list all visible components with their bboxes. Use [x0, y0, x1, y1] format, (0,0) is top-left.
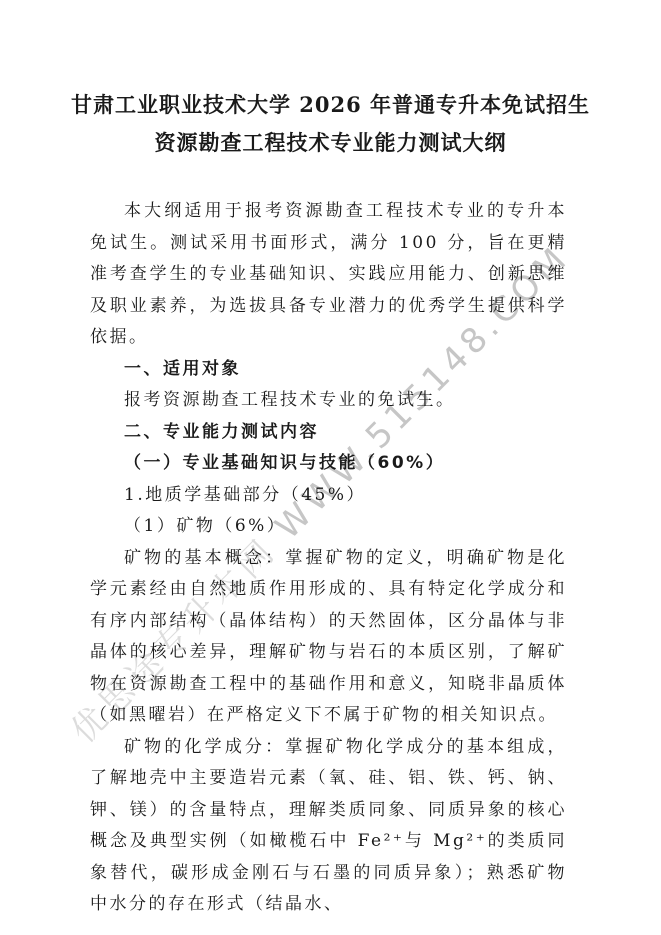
paragraph-mineral-concept: 矿物的基本概念：掌握矿物的定义，明确矿物是化学元素经由自然地质作用形成的、具有特… — [90, 543, 567, 732]
section-heading-test-content: 二、专业能力测试内容 — [90, 417, 567, 449]
document-page: 优思途专升本网 WWW.515148.COM 甘肃工业职业技术大学 2026 年… — [0, 0, 661, 935]
document-body: 本大纲适用于报考资源勘查工程技术专业的专升本免试生。测试采用书面形式，满分 10… — [90, 196, 567, 921]
paragraph-mineral-chemistry: 矿物的化学成分：掌握矿物化学成分的基本组成，了解地壳中主要造岩元素（氧、硅、铝、… — [90, 732, 567, 921]
item-geology-basics: 1.地质学基础部分（45%） — [90, 480, 567, 512]
applicable-targets-text: 报考资源勘查工程技术专业的免试生。 — [90, 385, 567, 417]
title-line-1: 甘肃工业职业技术大学 2026 年普通专升本免试招生 — [40, 86, 621, 124]
title-line-2: 资源勘查工程技术专业能力测试大纲 — [40, 124, 621, 162]
document-title: 甘肃工业职业技术大学 2026 年普通专升本免试招生 资源勘查工程技术专业能力测… — [40, 86, 621, 162]
intro-paragraph: 本大纲适用于报考资源勘查工程技术专业的专升本免试生。测试采用书面形式，满分 10… — [90, 196, 567, 354]
subsection-heading-basic-knowledge: （一）专业基础知识与技能（60%） — [90, 448, 567, 480]
item-minerals: （1）矿物（6%） — [90, 511, 567, 543]
section-heading-applicable-targets: 一、适用对象 — [90, 354, 567, 386]
